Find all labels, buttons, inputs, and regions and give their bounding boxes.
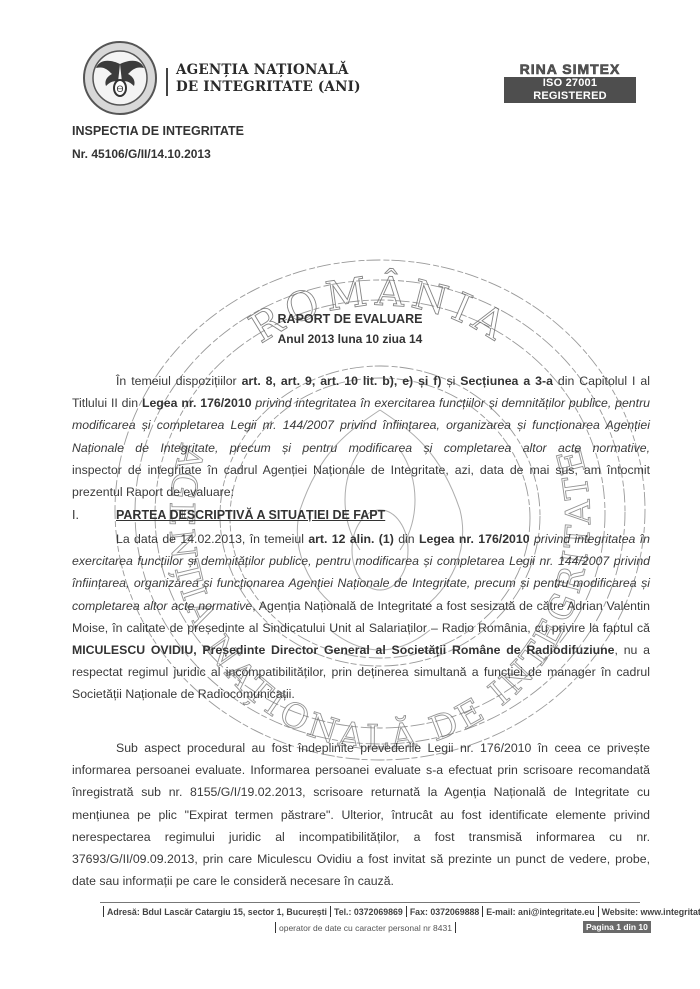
footer-contact: Adresă: Bdul Lascăr Catargiu 15, sector … xyxy=(100,906,700,917)
agency-name-line2: DE INTEGRITATE (ANI) xyxy=(176,79,361,96)
operator-number: operator de date cu caracter personal nr… xyxy=(279,923,452,933)
certification-name: RINA SIMTEX xyxy=(504,62,636,76)
page-indicator: Pagina 1 din 10 xyxy=(583,921,651,933)
svg-text:Ө: Ө xyxy=(116,84,123,94)
procedure-paragraph: Sub aspect procedural au fost îndeplinit… xyxy=(72,737,650,892)
bold-text: art. 8, art. 9, art. 10 lit. b), e) și f… xyxy=(242,374,442,388)
report-title: RAPORT DE EVALUARE xyxy=(0,312,700,326)
footer-phone: Tel.: 0372069869 xyxy=(334,907,403,917)
document-number: Nr. 45106/G/II/14.10.2013 xyxy=(72,147,211,161)
report-date: Anul 2013 luna 10 ziua 14 xyxy=(0,332,700,346)
certification-standard: ISO 27001 REGISTERED xyxy=(504,77,636,103)
eagle-seal-icon: Ө xyxy=(82,40,158,116)
section-heading: I.PARTEA DESCRIPTIVĂ A SITUAȚIEI DE FAPT xyxy=(72,508,385,522)
footer-address: Adresă: Bdul Lascăr Catargiu 15, sector … xyxy=(107,907,327,917)
footer-website[interactable]: Website: www.integritate.eu xyxy=(602,907,700,917)
facts-paragraph: La data de 14.02.2013, în temeiul art. 1… xyxy=(72,528,650,706)
text: din xyxy=(394,532,419,546)
agency-name-line1: AGENȚIA NAȚIONALĂ xyxy=(176,62,361,79)
bold-text: Legea nr. 176/2010 xyxy=(142,396,252,410)
bold-text: art. 12 alin. (1) xyxy=(308,532,394,546)
bold-text: Legea nr. 176/2010 xyxy=(419,532,530,546)
text: și xyxy=(442,374,461,388)
footer-email[interactable]: E-mail: ani@integritate.eu xyxy=(486,907,594,917)
text: La data de 14.02.2013, în temeiul xyxy=(116,532,308,546)
certification-badge: RINA SIMTEX ISO 27001 REGISTERED xyxy=(504,62,636,103)
footer-fax: Fax: 0372069888 xyxy=(410,907,479,917)
header-divider xyxy=(166,68,168,96)
text: Sub aspect procedural au fost îndeplinit… xyxy=(72,741,650,888)
section-number: I. xyxy=(72,508,116,522)
legal-basis-paragraph: În temeiul dispozițiilor art. 8, art. 9,… xyxy=(72,370,650,503)
text: În temeiul dispozițiilor xyxy=(116,374,242,388)
footer-operator: operator de date cu caracter personal nr… xyxy=(272,922,459,933)
footer-divider xyxy=(100,902,640,903)
section-title: PARTEA DESCRIPTIVĂ A SITUAȚIEI DE FAPT xyxy=(116,508,385,522)
bold-text: Secțiunea a 3-a xyxy=(460,374,553,388)
department-name: INSPECTIA DE INTEGRITATE xyxy=(72,124,244,138)
agency-name: AGENȚIA NAȚIONALĂ DE INTEGRITATE (ANI) xyxy=(176,62,361,96)
bold-text: MICULESCU OVIDIU, Președinte Director Ge… xyxy=(72,643,615,657)
